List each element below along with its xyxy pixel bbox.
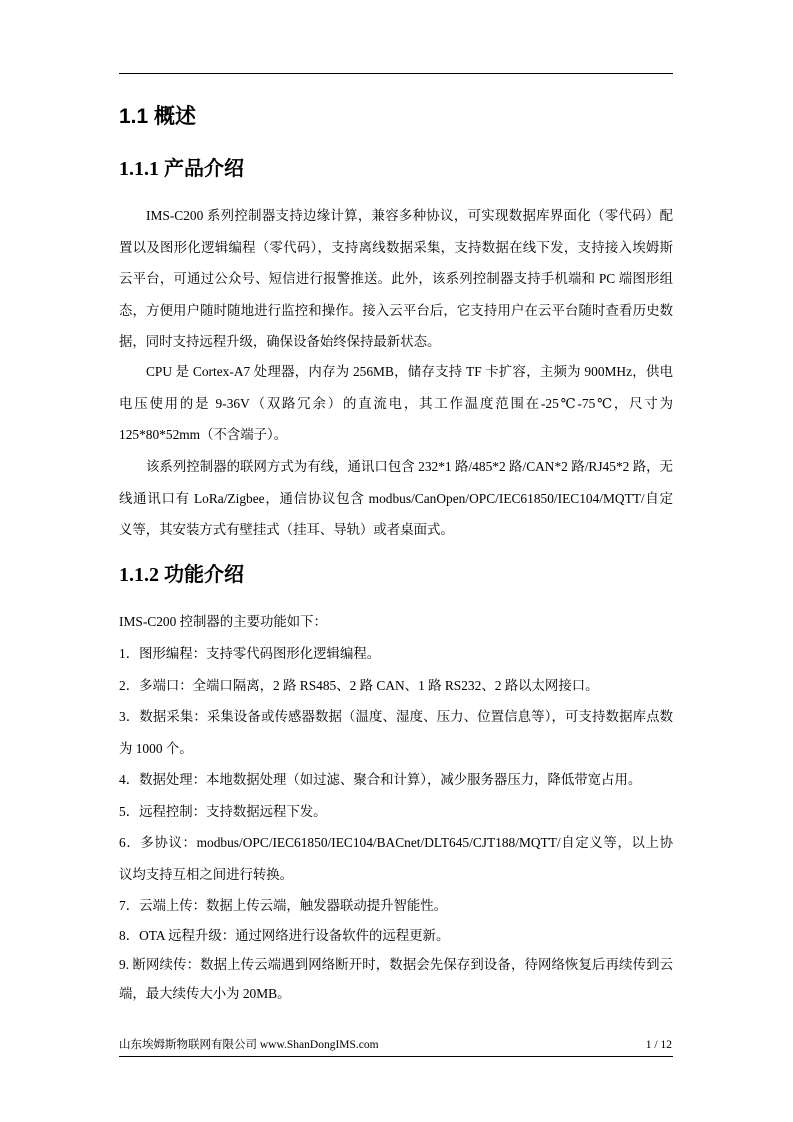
list-item: 9. 断网续传：数据上传云端遇到网络断开时，数据会先保存到设备，待网络恢复后再续…	[119, 950, 673, 1008]
section-heading-1-1: 1.1 概述	[119, 104, 196, 130]
list-item: 4．数据处理：本地数据处理（如过滤、聚合和计算），减少服务器压力，降低带宽占用。	[119, 764, 673, 796]
footer-company: 山东埃姆斯物联网有限公司 www.ShanDongIMS.com	[119, 1038, 379, 1052]
footer-rule	[119, 1056, 673, 1057]
document-page: 1.1 概述 1.1.1 产品介绍 IMS-C200 系列控制器支持边缘计算，兼…	[0, 0, 793, 1122]
list-item: 1．图形编程：支持零代码图形化逻辑编程。	[119, 638, 673, 670]
list-item: 8．OTA 远程升级：通过网络进行设备软件的远程更新。	[119, 922, 673, 950]
paragraph-connectivity: 该系列控制器的联网方式为有线，通讯口包含 232*1 路/485*2 路/CAN…	[119, 451, 673, 546]
function-intro: IMS-C200 控制器的主要功能如下：	[119, 606, 673, 638]
paragraph-product-overview: IMS-C200 系列控制器支持边缘计算，兼容多种协议，可实现数据库界面化（零代…	[119, 200, 673, 358]
footer-page-number: 1 / 12	[646, 1038, 672, 1052]
list-item: 7．云端上传：数据上传云端，触发器联动提升智能性。	[119, 890, 673, 922]
paragraph-hardware-specs: CPU 是 Cortex-A7 处理器，内存为 256MB，储存支持 TF 卡扩…	[119, 356, 673, 451]
section-heading-1-1-1: 1.1.1 产品介绍	[119, 156, 244, 182]
header-rule	[119, 73, 673, 74]
list-item: 3．数据采集：采集设备或传感器数据（温度、湿度、压力、位置信息等），可支持数据库…	[119, 701, 673, 764]
list-item: 5．远程控制：支持数据远程下发。	[119, 796, 673, 828]
section-heading-1-1-2: 1.1.2 功能介绍	[119, 562, 244, 588]
list-item: 6．多协议：modbus/OPC/IEC61850/IEC104/BACnet/…	[119, 827, 673, 890]
list-item: 2．多端口：全端口隔离，2 路 RS485、2 路 CAN、1 路 RS232、…	[119, 670, 673, 702]
function-list: 1．图形编程：支持零代码图形化逻辑编程。 2．多端口：全端口隔离，2 路 RS4…	[119, 638, 673, 1008]
